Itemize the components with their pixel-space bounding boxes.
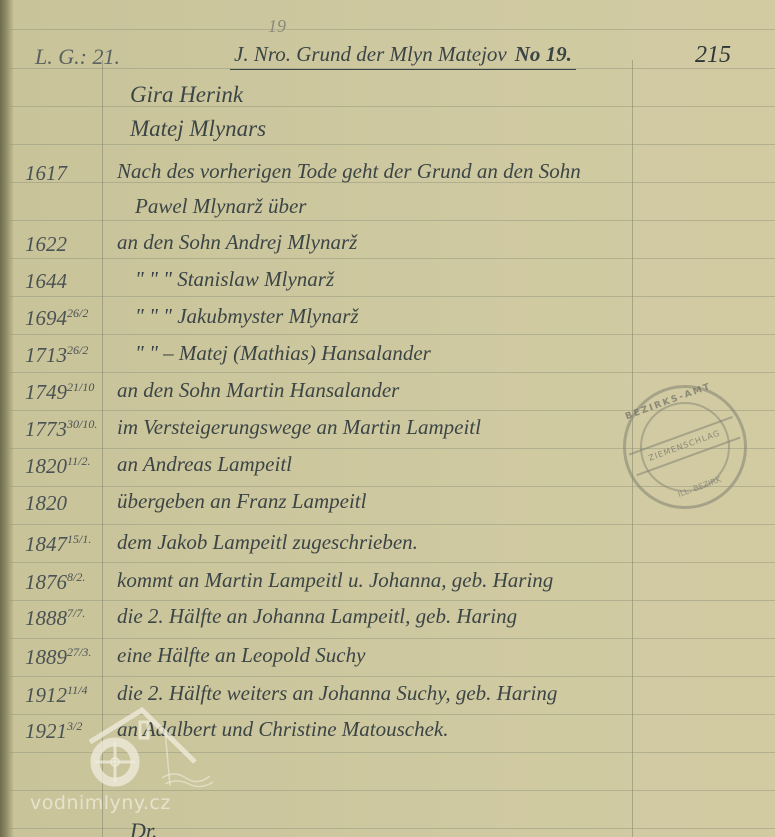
page-header: L. G.: 21. 19 J. Nro. Grund der Mlyn Mat…: [20, 40, 745, 76]
entry-date: 188927/3.: [25, 645, 115, 670]
ledger-entry: 18887/7. die 2. Hälfte an Johanna Lampei…: [25, 602, 735, 636]
entry-text: " " – Matej (Mathias) Hansalander: [135, 341, 431, 366]
ledger-entry: 184715/1. dem Jakob Lampeitl zugeschrieb…: [25, 528, 735, 562]
entry-date: 169426/2: [25, 306, 115, 331]
entry-text: an den Sohn Martin Hansalander: [117, 378, 399, 403]
ledger-entry: 1617 Nach des vorherigen Tode geht der G…: [25, 157, 735, 191]
entry-date: 1617: [25, 161, 115, 186]
bottom-fragment: Dr.: [130, 818, 158, 837]
ledger-entry: 188927/3. eine Hälfte an Leopold Suchy: [25, 641, 735, 675]
entry-text: dem Jakob Lampeitl zugeschrieben.: [117, 530, 418, 555]
watermark: vodnimlyny.cz: [30, 700, 210, 820]
entry-text: eine Hälfte an Leopold Suchy: [117, 643, 365, 668]
entry-date: 184715/1.: [25, 532, 115, 557]
owner-name-2: Matej Mlynars: [130, 116, 266, 142]
ledger-entry: 169426/2 " " " Jakubmyster Mlynarž: [25, 302, 735, 336]
entry-date: 18768/2.: [25, 570, 115, 595]
register-reference: L. G.: 21.: [35, 44, 120, 70]
entry-text: Nach des vorherigen Tode geht der Grund …: [117, 159, 581, 184]
title-text: J. Nro. Grund der Mlyn Matejov: [234, 42, 507, 66]
ledger-entry: Pawel Mlynarž über: [25, 192, 735, 226]
entry-date: 1622: [25, 232, 115, 257]
entry-date: 18887/7.: [25, 606, 115, 631]
ledger-entry: 18768/2. kommt an Martin Lampeitl u. Joh…: [25, 566, 735, 600]
entry-date: 1820: [25, 491, 115, 516]
page-number: 215: [695, 42, 731, 69]
entry-text: an Andreas Lampeitl: [117, 452, 292, 477]
ledger-entry: 174921/10 an den Sohn Martin Hansalander: [25, 376, 735, 410]
entry-text: an den Sohn Andrej Mlynarž: [117, 230, 357, 255]
ledger-entry: 1820 übergeben an Franz Lampeitl: [25, 487, 735, 521]
owner-name-1: Gira Herink: [130, 82, 243, 108]
watermark-text: vodnimlyny.cz: [30, 792, 171, 814]
entry-text: übergeben an Franz Lampeitl: [117, 489, 366, 514]
watermill-house-icon: [70, 700, 220, 795]
entry-text: Pawel Mlynarž über: [135, 194, 306, 219]
entry-text: die 2. Hälfte an Johanna Lampeitl, geb. …: [117, 604, 517, 629]
entry-text: im Versteigerungswege an Martin Lampeitl: [117, 415, 481, 440]
page-title: J. Nro. Grund der Mlyn MatejovNo 19.: [230, 42, 576, 70]
ledger-entry: 1622 an den Sohn Andrej Mlynarž: [25, 228, 735, 262]
entry-date: 174921/10: [25, 380, 115, 405]
entry-text: " " " Stanislaw Mlynarž: [135, 267, 334, 292]
ledger-entry: 171326/2 " " – Matej (Mathias) Hansaland…: [25, 339, 735, 373]
pencil-note: 19: [268, 16, 286, 37]
entry-text: " " " Jakubmyster Mlynarž: [135, 304, 359, 329]
ledger-entry: 1644 " " " Stanislaw Mlynarž: [25, 265, 735, 299]
entry-date: 1644: [25, 269, 115, 294]
entry-text: kommt an Martin Lampeitl u. Johanna, geb…: [117, 568, 553, 593]
entry-date: 171326/2: [25, 343, 115, 368]
stamp-band-text: ZIEMENSCHLAG: [629, 416, 741, 476]
entry-date: 177330/10.: [25, 417, 115, 442]
entry-date: 182011/2.: [25, 454, 115, 479]
property-number: No 19.: [515, 42, 572, 66]
